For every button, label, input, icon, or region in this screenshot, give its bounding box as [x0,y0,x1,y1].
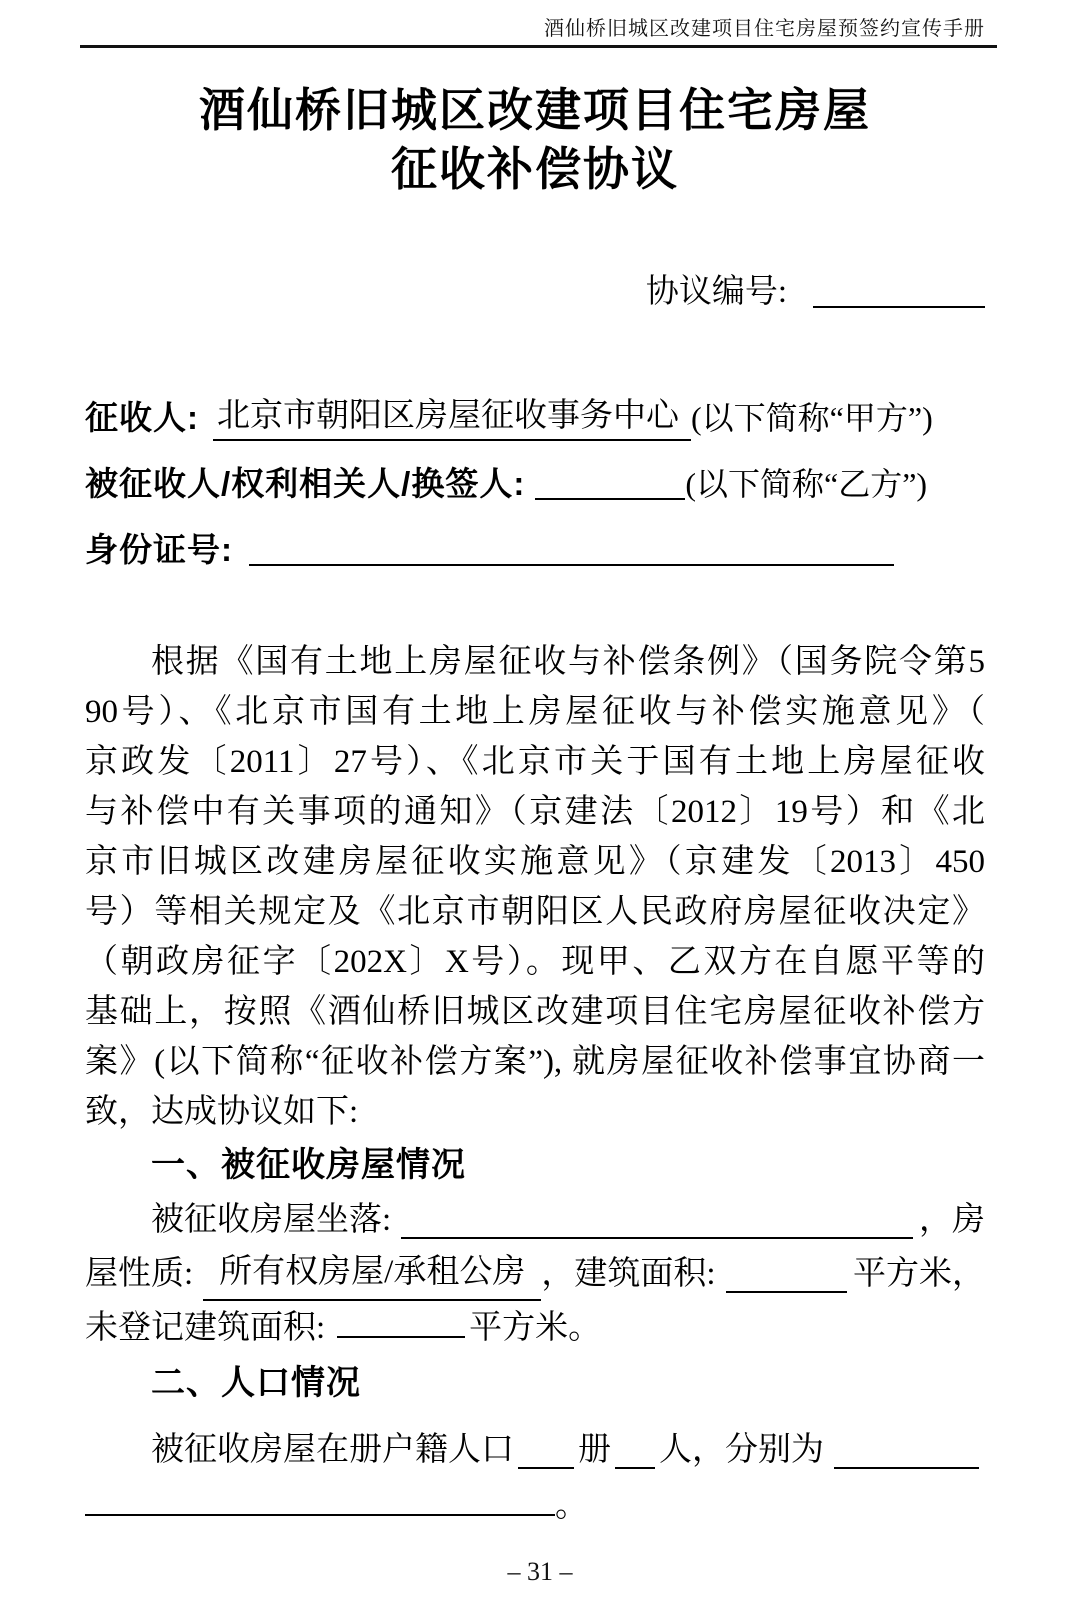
preamble-line: 号）等相关规定及《北京市朝阳区人民政府房屋征收决定》 [85,887,985,937]
sentence-period: 。 [555,1488,588,1524]
party-a-row: 征收人: 北京市朝阳区房屋征收事务中心 (以下简称“甲方”) [85,395,985,441]
document-page: 酒仙桥旧城区改建项目住宅房屋预签约宣传手册 酒仙桥旧城区改建项目住宅房屋 征收补… [0,0,1080,1605]
section-2-heading: 二、人口情况 [85,1355,985,1411]
unregistered-area-unit: 平方米。 [469,1310,601,1346]
names-blank-continue [85,1514,555,1516]
party-a-value: 北京市朝阳区房屋征收事务中心 [213,393,691,441]
house-nature-value: 所有权房屋/承租公房 [203,1245,541,1301]
preamble-line: 90号）、《北京市国有土地上房屋征收与补偿实施意见》（ [85,687,985,737]
id-number-label: 身份证号: [85,527,233,573]
preamble-line: 京政发〔2011〕27号）、《北京市关于国有土地上房屋征收 [85,737,985,787]
house-nature-line: 屋性质: 所有权房屋/承租公房 ，建筑面积: 平方米， [85,1247,985,1301]
population-line: 被征收房屋在册户籍人口 册 人，分别为 [85,1423,985,1477]
preamble-paragraph: 根据《国有土地上房屋征收与补偿条例》（国务院令第5 90号）、《北京市国有土地上… [85,637,985,1137]
house-nature-label: 屋性质: [85,1247,193,1301]
preamble-line: 根据《国有土地上房屋征收与补偿条例》（国务院令第5 [85,637,985,687]
preamble-line: 基础上，按照《酒仙桥旧城区改建项目住宅房屋征收补偿方 [85,987,985,1037]
title-line-1: 酒仙桥旧城区改建项目住宅房屋 [85,81,985,140]
party-b-row: 被征收人/权利相关人/换签人: (以下简称“乙方”) [85,461,985,507]
unregistered-area-label: 未登记建筑面积: [85,1310,325,1346]
house-location-suffix: ，房 [919,1193,985,1247]
id-number-blank [249,564,894,566]
unregistered-area-blank [337,1336,465,1338]
floor-area-label: ，建筑面积: [541,1247,715,1301]
names-blank-start [834,1467,979,1469]
floor-area-blank [726,1291,847,1293]
house-location-line: 被征收房屋坐落: ，房 [85,1193,985,1247]
preamble-line: （朝政房征字〔202X〕X号）。现甲、乙双方在自愿平等的 [85,937,985,987]
id-number-row: 身份证号: [85,527,985,573]
person-count-blank [615,1467,655,1469]
household-count-blank [518,1467,574,1469]
party-a-label: 征收人: [85,395,199,441]
page-number: – 31 – [0,1557,1080,1587]
preamble-line: 京市旧城区改建房屋征收实施意见》（京建发〔2013〕450 [85,837,985,887]
preamble-line: 案》(以下简称“征收补偿方案”), 就房屋征收补偿事宜协商一 [85,1037,985,1087]
population-names-line: 。 [85,1479,985,1533]
preamble-line: 与补偿中有关事项的通知》（京建法〔2012〕19号）和《北 [85,787,985,837]
party-b-alias: (以下简称“乙方”) [685,461,927,507]
agreement-number-label: 协议编号: [646,269,787,315]
title-line-2: 征收补偿协议 [85,140,985,199]
document-title: 酒仙桥旧城区改建项目住宅房屋 征收补偿协议 [85,81,985,199]
house-location-blank [401,1237,913,1239]
house-location-label: 被征收房屋坐落: [151,1193,391,1247]
running-header: 酒仙桥旧城区改建项目住宅房屋预签约宣传手册 [85,16,985,42]
section-1-heading: 一、被征收房屋情况 [85,1137,985,1193]
party-a-alias: (以下简称“甲方”) [691,395,933,441]
population-prefix: 被征收房屋在册户籍人口 [151,1423,514,1477]
person-unit: 人，分别为 [659,1423,824,1477]
household-unit: 册 [578,1423,611,1477]
agreement-number-blank [813,306,985,308]
parties-block: 征收人: 北京市朝阳区房屋征收事务中心 (以下简称“甲方”) 被征收人/权利相关… [85,395,985,573]
party-b-label: 被征收人/权利相关人/换签人: [85,461,525,507]
agreement-number-row: 协议编号: [85,269,985,315]
floor-area-unit: 平方米， [853,1247,985,1301]
party-b-blank [535,498,685,500]
unregistered-area-line: 未登记建筑面积:平方米。 [85,1301,985,1355]
header-rule [80,45,997,48]
preamble-line: 致，达成协议如下: [85,1087,985,1137]
